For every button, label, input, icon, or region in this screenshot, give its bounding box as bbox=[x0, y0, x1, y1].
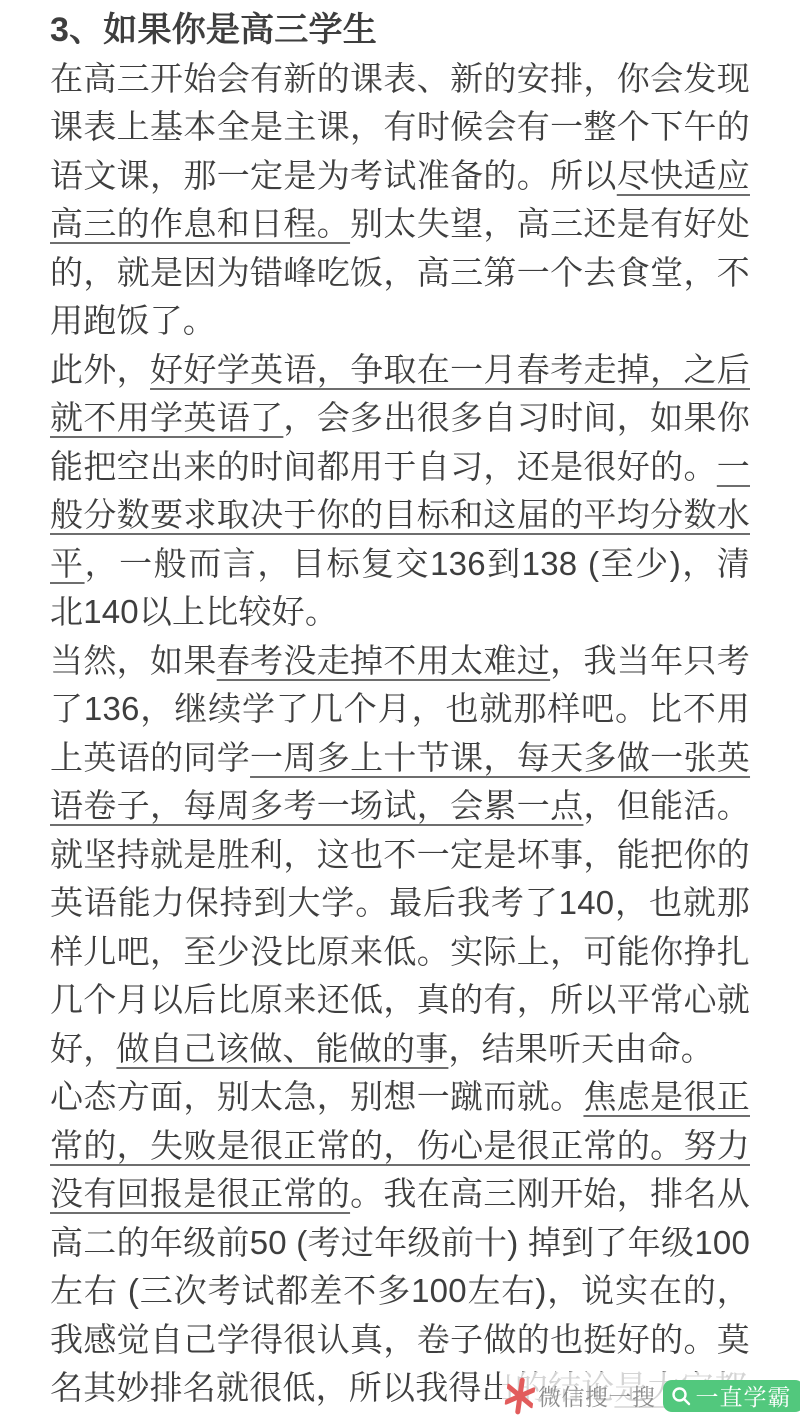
article-title: 3、如果你是高三学生 bbox=[50, 6, 750, 55]
asterisk-icon bbox=[503, 1374, 536, 1418]
plain-text: 当然，如果 bbox=[50, 642, 217, 679]
article-body: 3、如果你是高三学生 在高三开始会有新的课表、新的安排，你会发现课表上基本全是主… bbox=[0, 0, 800, 1413]
plain-text: ，但能活。就坚持就是胜利，这也不一定是坏事，能把你的英语能力保持到大学。最后我考… bbox=[50, 787, 750, 1067]
underlined-text: 春考没走掉不用太难过 bbox=[217, 642, 550, 679]
watermark-overlay: 微信搜一搜 一直学霸 bbox=[502, 1372, 800, 1419]
paragraph: 此外，好好学英语，争取在一月春考走掉，之后就不用学英语了，会多出很多自习时间，如… bbox=[50, 346, 750, 637]
plain-text: 此外， bbox=[50, 351, 150, 388]
paragraph: 在高三开始会有新的课表、新的安排，你会发现课表上基本全是主课，有时候会有一整个下… bbox=[50, 55, 750, 346]
watermark-search-label: 微信搜一搜 bbox=[538, 1379, 656, 1412]
plain-text: ，一般而言，目标复交136到138 (至少)，清北140以上比较好。 bbox=[50, 545, 750, 631]
underlined-text: 做自己该做、能做的事 bbox=[116, 1030, 448, 1067]
paragraph: 当然，如果春考没走掉不用太难过，我当年只考了136，继续学了几个月，也就那样吧。… bbox=[50, 637, 750, 1074]
watermark-search-button: 一直学霸 bbox=[663, 1380, 800, 1412]
paragraph: 心态方面，别太急，别想一蹴而就。焦虑是很正常的，失败是很正常的，伤心是很正常的。… bbox=[50, 1073, 750, 1413]
plain-text: 心态方面，别太急，别想一蹴而就。 bbox=[50, 1078, 583, 1115]
magnifier-icon bbox=[671, 1386, 691, 1406]
plain-text: ，结果听天由命。 bbox=[448, 1030, 714, 1067]
article-page: 3、如果你是高三学生 在高三开始会有新的课表、新的安排，你会发现课表上基本全是主… bbox=[0, 0, 800, 1419]
article-text: 在高三开始会有新的课表、新的安排，你会发现课表上基本全是主课，有时候会有一整个下… bbox=[50, 55, 750, 1413]
watermark-button-label: 一直学霸 bbox=[696, 1379, 792, 1412]
